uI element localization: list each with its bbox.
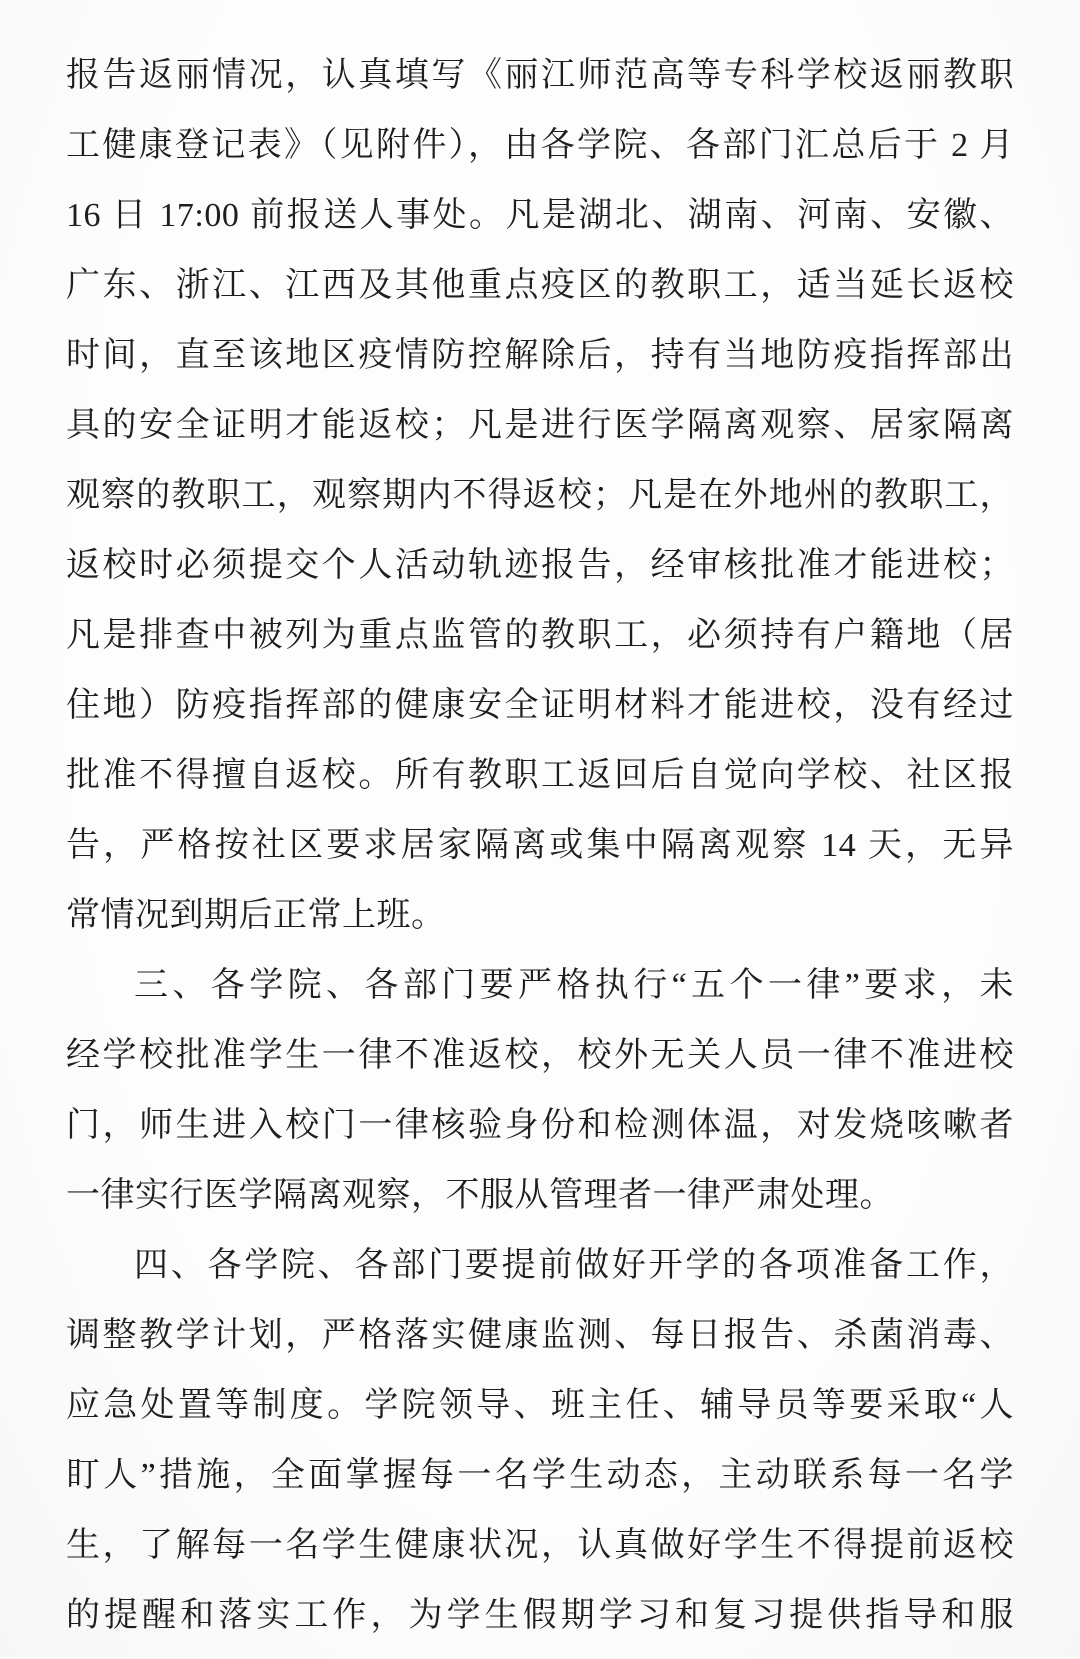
text-line-06: 具的安全证明才能返校；凡是进行医学隔离观察、居家隔离 xyxy=(66,391,1014,461)
text-line-15: 经学校批准学生一律不准返校，校外无关人员一律不准进校 xyxy=(66,1021,1014,1091)
document-page: 报告返丽情况，认真填写《丽江师范高等专科学校返丽教职 工健康登记表》（见附件），… xyxy=(0,0,1080,1659)
text-line-20: 应急处置等制度。学院领导、班主任、辅导员等要采取“人 xyxy=(66,1371,1014,1441)
text-line-12: 告，严格按社区要求居家隔离或集中隔离观察 14 天，无异 xyxy=(66,811,1014,881)
text-line-07: 观察的教职工，观察期内不得返校；凡是在外地州的教职工， xyxy=(66,461,1014,531)
text-line-11: 批准不得擅自返校。所有教职工返回后自觉向学校、社区报 xyxy=(66,741,1014,811)
text-line-13: 常情况到期后正常上班。 xyxy=(66,881,1014,951)
text-line-19: 调整教学计划，严格落实健康监测、每日报告、杀菌消毒、 xyxy=(66,1301,1014,1371)
text-line-16: 门，师生进入校门一律核验身份和检测体温，对发烧咳嗽者 xyxy=(66,1091,1014,1161)
text-line-04: 广东、浙江、江西及其他重点疫区的教职工，适当延长返校 xyxy=(66,251,1014,321)
text-line-23: 的提醒和落实工作，为学生假期学习和复习提供指导和服 xyxy=(66,1581,1014,1651)
text-line-05: 时间，直至该地区疫情防控解除后，持有当地防疫指挥部出 xyxy=(66,321,1014,391)
text-line-02: 工健康登记表》（见附件），由各学院、各部门汇总后于 2 月 xyxy=(66,111,1014,181)
text-line-09: 凡是排查中被列为重点监管的教职工，必须持有户籍地（居 xyxy=(66,601,1014,671)
text-line-17: 一律实行医学隔离观察，不服从管理者一律严肃处理。 xyxy=(66,1161,1014,1231)
text-line-18-section-4-heading: 四、各学院、各部门要提前做好开学的各项准备工作， xyxy=(66,1231,1014,1301)
text-line-08: 返校时必须提交个人活动轨迹报告，经审核批准才能进校； xyxy=(66,531,1014,601)
text-line-14-section-3-heading: 三、各学院、各部门要严格执行“五个一律”要求，未 xyxy=(66,951,1014,1021)
text-line-03: 16 日 17:00 前报送人事处。凡是湖北、湖南、河南、安徽、 xyxy=(66,181,1014,251)
text-line-21: 盯人”措施，全面掌握每一名学生动态，主动联系每一名学 xyxy=(66,1441,1014,1511)
text-line-10: 住地）防疫指挥部的健康安全证明材料才能进校，没有经过 xyxy=(66,671,1014,741)
text-line-01: 报告返丽情况，认真填写《丽江师范高等专科学校返丽教职 xyxy=(66,41,1014,111)
text-line-22: 生，了解每一名学生健康状况，认真做好学生不得提前返校 xyxy=(66,1511,1014,1581)
